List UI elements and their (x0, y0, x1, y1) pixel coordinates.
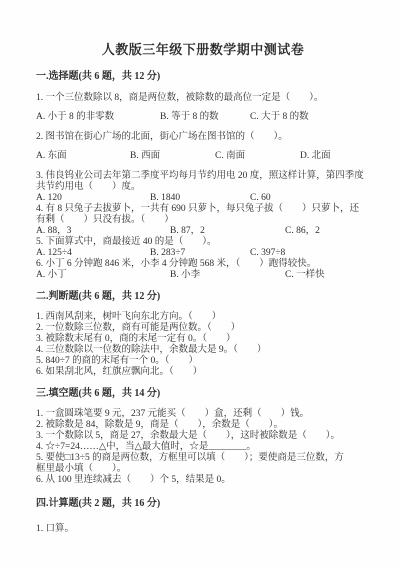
option-c: C. 大于 8 的数 (250, 112, 370, 123)
question-5-options: A. 125÷4 B. 283÷7 C. 397÷8 (36, 248, 370, 259)
option-c: C. 86，2 (285, 226, 370, 237)
option-b: B. 等于 8 的数 (160, 112, 250, 123)
option-a: A. 小丁 (36, 270, 170, 281)
judge-item-3: 3. 被除数末尾有 0，商的末尾一定有 0。（ ） (36, 334, 370, 345)
questions-3-to-6: 3. 伟良钨业公司去年第二季度平均每月节约用电 20 度，照这样计算，第四季度 … (36, 171, 370, 281)
judge-item-6: 6. 如果刮北风，红旗应飘向北。（ ） (36, 367, 370, 378)
option-b: B. 小李 (170, 270, 285, 281)
fill-item-3: 3. 一个数除以 5，商是 27，余数最大是（ ），这时被除数是（ ）。 (36, 431, 370, 442)
option-b: B. 87，2 (170, 226, 285, 237)
question-6-options: A. 小丁 B. 小李 C. 一样快 (36, 270, 370, 281)
section-calc-heading: 四.计算题(共 2 题，共 16 分) (36, 498, 370, 510)
question-3-line-2: 共节约用电（ ）度。 (36, 182, 370, 193)
fill-item-4: 4. ☆÷7=24……△中，当△最大值时，☆是________。 (36, 442, 370, 453)
question-3-options: A. 120 B. 1840 C. 60 (36, 193, 370, 204)
judge-items: 1. 西南风刮来，树叶飞向东北方向。（ ） 2. 一位数除三位数，商有可能是两位… (36, 312, 370, 378)
option-b: B. 西面 (130, 151, 215, 162)
fill-item-5-line-1: 5. 要使□13÷5 的商是两位数，方框里可以填（ ）；要使商是三位数，方 (36, 453, 370, 464)
option-b: B. 1840 (150, 193, 250, 204)
question-4-line-2: 有剩（ ）只没有拔。（ ） (36, 215, 370, 226)
question-4-line-1: 4. 有 8 只兔子去拔萝卜，一共有 690 只萝卜，每只兔子拔（ ）只萝卜，还 (36, 204, 370, 215)
section-choice-heading: 一.选择题(共 6 题，共 12 分) (36, 71, 370, 83)
question-1: 1. 一个三位数除以 8，商是两位数，被除数的最高位一定是（ ）。 (36, 93, 370, 104)
question-4-options: A. 88，3 B. 87，2 C. 86，2 (36, 226, 370, 237)
option-c: C. 南面 (215, 151, 300, 162)
option-a: A. 东面 (36, 151, 130, 162)
question-2-options: A. 东面 B. 西面 C. 南面 D. 北面 (36, 151, 370, 162)
option-a: A. 125÷4 (36, 248, 150, 259)
judge-item-1: 1. 西南风刮来，树叶飞向东北方向。（ ） (36, 312, 370, 323)
option-c: C. 一样快 (285, 270, 370, 281)
option-a: A. 88，3 (36, 226, 170, 237)
calc-item-1: 1. 口算。 (36, 524, 370, 535)
question-3-line-1: 3. 伟良钨业公司去年第二季度平均每月节约用电 20 度，照这样计算，第四季度 (36, 171, 370, 182)
option-c: C. 60 (250, 193, 370, 204)
option-d: D. 北面 (300, 151, 370, 162)
page-title: 人教版三年级下册数学期中测试卷 (36, 42, 370, 57)
fill-items: 1. 一盒圆珠笔要 9 元，237 元能买（ ）盒，还剩（ ）钱。 2. 被除数… (36, 409, 370, 486)
judge-item-4: 4. 三位数除以一位数的除法中，余数最大是 9。（ ） (36, 345, 370, 356)
section-judge-heading: 二.判断题(共 6 题，共 12 分) (36, 291, 370, 303)
fill-item-6: 6. 从 100 里连续减去（ ）个 5，结果是 0。 (36, 475, 370, 486)
fill-item-2: 2. 被除数是 84，除数是 9，商是（ ），余数是（ ）。 (36, 420, 370, 431)
page-content: 人教版三年级下册数学期中测试卷 一.选择题(共 6 题，共 12 分) 1. 一… (0, 0, 400, 535)
option-a: A. 小于 8 的非零数 (36, 112, 160, 123)
question-1-options: A. 小于 8 的非零数 B. 等于 8 的数 C. 大于 8 的数 (36, 112, 370, 123)
test-paper-page: 人教版三年级下册数学期中测试卷 一.选择题(共 6 题，共 12 分) 1. 一… (0, 0, 400, 566)
option-b: B. 283÷7 (150, 248, 250, 259)
section-fill-heading: 三.填空题(共 6 题，共 14 分) (36, 388, 370, 400)
question-6: 6. 小丁 6 分钟跑 846 米，小李 4 分钟跑 568 米，（ ）跑得较快… (36, 259, 370, 270)
fill-item-5-line-2: 框里最小填（ ）。 (36, 464, 370, 475)
question-2: 2. 图书馆在街心广场的北面，街心广场在图书馆的（ ）。 (36, 132, 370, 143)
question-5: 5. 下面算式中，商最接近 40 的是（ ）。 (36, 237, 370, 248)
fill-item-1: 1. 一盒圆珠笔要 9 元，237 元能买（ ）盒，还剩（ ）钱。 (36, 409, 370, 420)
judge-item-5: 5. 840÷7 的商的末尾有一个 0。（ ） (36, 356, 370, 367)
option-c: C. 397÷8 (250, 248, 370, 259)
judge-item-2: 2. 一位数除三位数，商有可能是两位数。（ ） (36, 323, 370, 334)
option-a: A. 120 (36, 193, 150, 204)
